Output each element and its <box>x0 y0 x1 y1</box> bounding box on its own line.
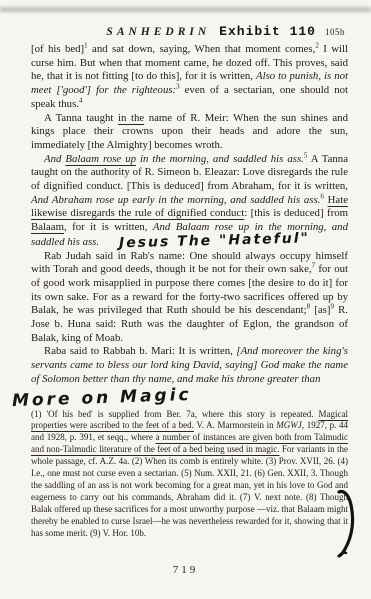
text-segment: in the morning, and saddled his ass. <box>136 153 304 165</box>
paragraph-4-text: Rab Judah said in Rab's name: One should… <box>31 250 348 344</box>
handwritten-note-magic: More on Magic <box>12 384 192 410</box>
text-segment: and sat down, saying, When that moment c… <box>88 43 316 55</box>
text-segment: : [this is deduced] from <box>244 207 348 219</box>
folio-number: 105b <box>325 27 345 37</box>
paragraph-3: And Balaam rose up in the morning, and s… <box>31 153 348 250</box>
main-text: [of his bed]1 and sat down, saying, When… <box>31 43 348 387</box>
text-segment: Rab Judah said in Rab's name: One should… <box>31 250 348 276</box>
text-segment: Balaam <box>31 221 64 233</box>
page-header: SANHEDRIN Exhibit 110 105b <box>31 24 345 39</box>
handwritten-note-jesus: Jesus The "Hateful" <box>106 232 310 251</box>
paragraph-2-text: A Tanna taught in the name of R. Meir: W… <box>31 112 348 151</box>
tractate-title: SANHEDRIN <box>106 26 210 38</box>
text-segment: , for it is written, <box>64 221 153 233</box>
text-segment: And <box>44 153 65 165</box>
text-segment: V. A. Marmorstein in <box>194 420 276 430</box>
text-segment: [as] <box>310 304 330 316</box>
paragraph-5: Raba said to Rabbah b. Mari: It is writt… <box>31 345 348 386</box>
footnotes-block: (1) 'Of his bed' is supplied from Ber. 7… <box>31 409 348 540</box>
text-segment: And Abraham rose up early in the morning… <box>31 194 320 206</box>
text-segment: 4 <box>79 96 83 104</box>
scanned-book-page: SANHEDRIN Exhibit 110 105b [of his bed]1… <box>0 0 371 599</box>
text-segment: (1) 'Of his bed' is supplied from Ber. 7… <box>31 409 319 419</box>
text-segment: A Tanna taught <box>44 112 118 124</box>
text-segment: Raba said to Rabbah b. Mari: It is writt… <box>44 345 236 357</box>
paragraph-1-text: [of his bed]1 and sat down, saying, When… <box>31 43 348 110</box>
handwritten-bracket-icon <box>336 489 358 559</box>
text-segment: [of his bed] <box>31 43 84 55</box>
scan-edge-shadow <box>0 7 371 12</box>
text-segment: in the <box>118 112 144 124</box>
paragraph-4: Rab Judah said in Rab's name: One should… <box>31 250 348 346</box>
paragraph-1: [of his bed]1 and sat down, saying, When… <box>31 43 348 112</box>
paragraph-5-text: Raba said to Rabbah b. Mari: It is writt… <box>31 345 348 384</box>
footnotes-text: (1) 'Of his bed' is supplied from Ber. 7… <box>31 409 348 538</box>
text-segment: For variants in the whole passage, cf. A… <box>31 444 348 537</box>
text-segment: Balaam rose up <box>65 153 136 165</box>
paragraph-2: A Tanna taught in the name of R. Meir: W… <box>31 112 348 153</box>
exhibit-stamp: Exhibit 110 <box>219 24 316 39</box>
text-segment: MGWJ, <box>276 420 304 430</box>
page-number: 719 <box>0 564 371 576</box>
